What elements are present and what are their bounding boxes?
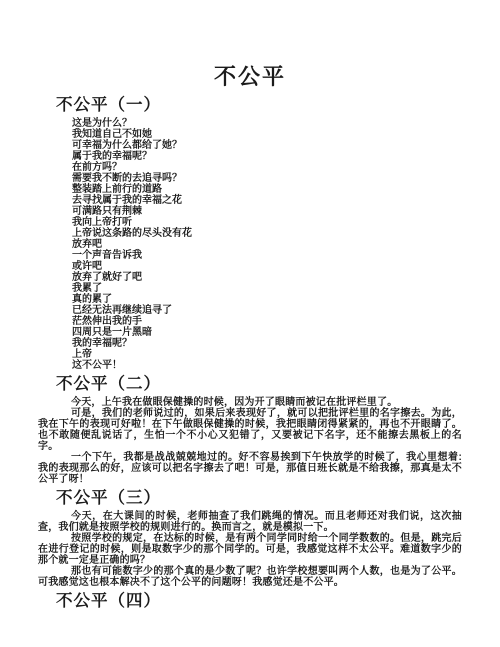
poem-line: 这不公平！ [72, 360, 462, 371]
poem-line: 一个声音告诉我 [72, 250, 462, 261]
paragraph: 今天，在大课间的时候，老师抽查了我们跳绳的情况。而且老师还对我们说，这次抽查，我… [38, 511, 462, 533]
poem-line: 我累了 [72, 283, 462, 294]
poem-line: 我知道自己不如她 [72, 129, 462, 140]
essay-section-2: 不公平（二） 今天，上午我在做眼保健操的时候，因为开了眼睛而被记在批评栏里了。可… [38, 374, 462, 485]
poem-line: 茫然伸出我的手 [72, 316, 462, 327]
poem-line: 上帝说这条路的尽头没有花 [72, 228, 462, 239]
section-heading: 不公平（四） [56, 591, 462, 612]
poem-line: 我向上帝打听 [72, 217, 462, 228]
poem-line: 可满路只有荆棘 [72, 206, 462, 217]
poem-line: 放弃了就好了吧 [72, 272, 462, 283]
section-heading: 不公平（二） [56, 374, 462, 395]
document-body: 不公平（一） 这是为什么？我知道自己不如她可幸福为什么都给了她？属于我的幸福呢？… [38, 95, 462, 612]
section-heading: 不公平（三） [56, 488, 462, 509]
poem-line: 需要我不断的去追寻吗？ [72, 173, 462, 184]
poem-line: 或许吧 [72, 261, 462, 272]
poem-line: 已经无法再继续追寻了 [72, 305, 462, 316]
paragraph: 今天，上午我在做眼保健操的时候，因为开了眼睛而被记在批评栏里了。 [38, 397, 462, 408]
poem-line: 整装踏上前行的道路 [72, 184, 462, 195]
poem-line: 四周只是一片黑暗 [72, 327, 462, 338]
paragraph: 一个下午，我都是战战兢兢地过的。好不容易挨到下午快放学的时候了，我心里想着:我的… [38, 452, 462, 485]
essay-section-1: 不公平（一） 这是为什么？我知道自己不如她可幸福为什么都给了她？属于我的幸福呢？… [38, 95, 462, 371]
poem-line: 放弃吧 [72, 239, 462, 250]
paragraph: 可是，我们的老师说过的，如果后来表现好了，就可以把批评栏里的名字擦去。为此，我在… [38, 408, 462, 452]
poem-line: 去寻找属于我的幸福之花 [72, 195, 462, 206]
poem-line: 可幸福为什么都给了她？ [72, 140, 462, 151]
poem-line: 属于我的幸福呢？ [72, 151, 462, 162]
document-page: 不公平 不公平（一） 这是为什么？我知道自己不如她可幸福为什么都给了她？属于我的… [0, 0, 500, 647]
poem-line: 上帝 [72, 349, 462, 360]
essay-section-3: 不公平（三） 今天，在大课间的时候，老师抽查了我们跳绳的情况。而且老师还对我们说… [38, 488, 462, 588]
document-title: 不公平 [38, 0, 462, 92]
paragraph: 按照学校的规定，在达标的时候，是有两个同学同时给一个同学数数的。但是，跳完后在进… [38, 533, 462, 566]
poem-line: 我的幸福呢？ [72, 338, 462, 349]
poem-line: 真的累了 [72, 294, 462, 305]
poem-line: 这是为什么？ [72, 118, 462, 129]
essay-section-4: 不公平（四） [38, 591, 462, 612]
poem-line: 在前方吗？ [72, 162, 462, 173]
section-heading: 不公平（一） [56, 95, 462, 116]
paragraph: 那也有可能数字少的那个真的是少数了呢？也许学校想要叫两个人数，也是为了公平。可我… [38, 566, 462, 588]
